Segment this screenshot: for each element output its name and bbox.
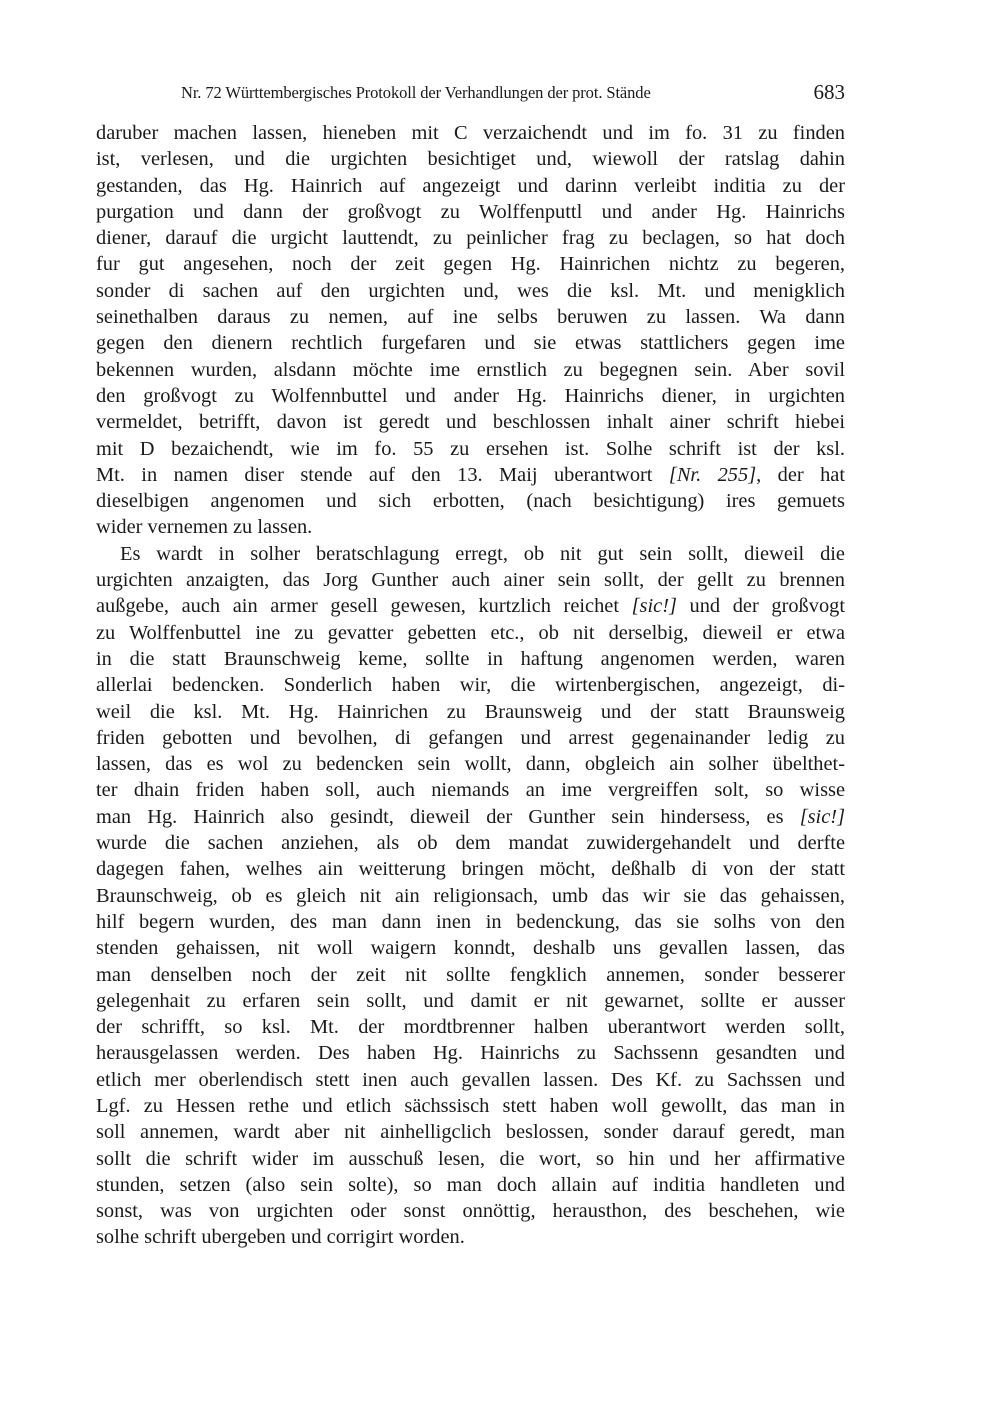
text-segment: man Hg. Hainrich also gesindt, dieweil d… (96, 806, 800, 828)
text-line: mit D bezaichendt, wie im fo. 55 zu erse… (96, 436, 845, 462)
text-line: hilf begern wurden, des man dann inen in… (96, 909, 845, 935)
text-segment: dieselbigen angenomen und sich erbotten,… (96, 490, 845, 512)
text-line: stenden gehaissen, nit woll waigern konn… (96, 935, 845, 961)
body-text: daruber machen lassen, hieneben mit C ve… (96, 120, 845, 1251)
text-segment: hilf begern wurden, des man dann inen in… (96, 911, 845, 933)
text-segment: weil die ksl. Mt. Hg. Hainrichen zu Brau… (96, 701, 845, 723)
text-line: soll annemen, wardt aber nit ainhelligcl… (96, 1119, 845, 1145)
text-segment: in die statt Braunschweig keme, sollte i… (96, 648, 845, 670)
text-segment: der schrifft, so ksl. Mt. der mordtbrenn… (96, 1016, 845, 1038)
text-segment: purgation und dann der großvogt zu Wolff… (96, 201, 845, 223)
text-segment: urgichten anzaigten, das Jorg Gunther au… (96, 569, 845, 591)
text-segment: sonder di sachen auf den urgichten und, … (96, 280, 845, 302)
text-segment: fur gut angesehen, noch der zeit gegen H… (96, 253, 845, 275)
text-segment: allerlai bedencken. Sonderlich haben wir… (96, 674, 845, 696)
text-line: außgebe, auch ain armer gesell gewesen, … (96, 593, 845, 619)
text-line: man denselben noch der zeit nit sollte f… (96, 962, 845, 988)
text-segment: zu Wolffenbuttel ine zu gevatter gebette… (96, 622, 845, 644)
text-segment: Lgf. zu Hessen rethe und etlich sächssis… (96, 1095, 845, 1117)
text-line: gegen den dienern rechtlich furgefaren u… (96, 330, 845, 356)
text-segment: man denselben noch der zeit nit sollte f… (96, 964, 845, 986)
text-line: Braunschweig, ob es gleich nit ain relig… (96, 883, 845, 909)
text-segment: etlich mer oberlendisch stett inen auch … (96, 1069, 845, 1091)
text-segment: Braunschweig, ob es gleich nit ain relig… (96, 885, 845, 907)
text-line: zu Wolffenbuttel ine zu gevatter gebette… (96, 620, 845, 646)
text-line: dagegen fahen, welhes ain weitterung bri… (96, 856, 845, 882)
text-segment: sollt die schrift wider im ausschuß lese… (96, 1148, 845, 1170)
text-line: ter dhain friden haben soll, auch nieman… (96, 777, 845, 803)
text-line: urgichten anzaigten, das Jorg Gunther au… (96, 567, 845, 593)
text-line: den großvogt zu Wolfennbuttel und ander … (96, 383, 845, 409)
text-segment: außgebe, auch ain armer gesell gewesen, … (96, 595, 632, 617)
page-header: Nr. 72 Württembergisches Protokoll der V… (96, 80, 845, 106)
paragraph: Es wardt in solher beratschlagung erregt… (96, 541, 845, 1251)
editorial-note: [Nr. 255] (669, 464, 756, 486)
text-segment: Es wardt in solher beratschlagung erregt… (120, 543, 845, 565)
text-line: seinethalben daraus zu nemen, auf ine se… (96, 304, 845, 330)
text-line: friden gebotten und bevolhen, di gefange… (96, 725, 845, 751)
text-line: gelegenhait zu erfaren sein sollt, und d… (96, 988, 845, 1014)
text-segment: den großvogt zu Wolfennbuttel und ander … (96, 385, 845, 407)
text-segment: dagegen fahen, welhes ain weitterung bri… (96, 858, 845, 880)
text-segment: solhe schrift ubergeben und corrigirt wo… (96, 1226, 465, 1248)
text-segment: gelegenhait zu erfaren sein sollt, und d… (96, 990, 845, 1012)
page-number: 683 (814, 80, 846, 105)
text-line: wider vernemen zu lassen. (96, 514, 845, 540)
text-segment: stunden, setzen (also sein solte), so ma… (96, 1174, 845, 1196)
text-segment: wurde die sachen anziehen, als ob dem ma… (96, 832, 845, 854)
text-line: diener, darauf die urgicht lauttendt, zu… (96, 225, 845, 251)
text-line: man Hg. Hainrich also gesindt, dieweil d… (96, 804, 845, 830)
text-line: weil die ksl. Mt. Hg. Hainrichen zu Brau… (96, 699, 845, 725)
text-segment: wider vernemen zu lassen. (96, 516, 312, 538)
text-line: sonst, was von urgichten oder sonst onnö… (96, 1198, 845, 1224)
text-segment: soll annemen, wardt aber nit ainhelligcl… (96, 1121, 845, 1143)
text-segment: , der hat (756, 464, 845, 486)
text-line: purgation und dann der großvogt zu Wolff… (96, 199, 845, 225)
text-line: ist, verlesen, und die urgichten besicht… (96, 146, 845, 172)
text-segment: mit D bezaichendt, wie im fo. 55 zu erse… (96, 438, 845, 460)
text-line: lassen, das es wol zu bedencken sein wol… (96, 751, 845, 777)
text-line: sollt die schrift wider im ausschuß lese… (96, 1146, 845, 1172)
text-segment: ter dhain friden haben soll, auch nieman… (96, 779, 845, 801)
running-title: Nr. 72 Württembergisches Protokoll der V… (181, 83, 651, 103)
text-segment: gestanden, das Hg. Hainrich auf angezeig… (96, 175, 845, 197)
text-segment: seinethalben daraus zu nemen, auf ine se… (96, 306, 845, 328)
text-segment: Mt. in namen diser stende auf den 13. Ma… (96, 464, 669, 486)
editorial-note: [sic!] (800, 806, 845, 828)
text-line: daruber machen lassen, hieneben mit C ve… (96, 120, 845, 146)
text-line: sonder di sachen auf den urgichten und, … (96, 278, 845, 304)
text-segment: bekennen wurden, alsdann möchte ime erns… (96, 359, 845, 381)
text-segment: daruber machen lassen, hieneben mit C ve… (96, 122, 845, 144)
text-segment: friden gebotten und bevolhen, di gefange… (96, 727, 845, 749)
text-line: gestanden, das Hg. Hainrich auf angezeig… (96, 173, 845, 199)
editorial-note: [sic!] (632, 595, 677, 617)
text-line: Lgf. zu Hessen rethe und etlich sächssis… (96, 1093, 845, 1119)
text-segment: ist, verlesen, und die urgichten besicht… (96, 148, 845, 170)
text-line: stunden, setzen (also sein solte), so ma… (96, 1172, 845, 1198)
paragraph: daruber machen lassen, hieneben mit C ve… (96, 120, 845, 541)
text-segment: stenden gehaissen, nit woll waigern konn… (96, 937, 845, 959)
text-line: Mt. in namen diser stende auf den 13. Ma… (96, 462, 845, 488)
text-line: etlich mer oberlendisch stett inen auch … (96, 1067, 845, 1093)
text-segment: und der großvogt (677, 595, 845, 617)
text-line: fur gut angesehen, noch der zeit gegen H… (96, 251, 845, 277)
text-segment: sonst, was von urgichten oder sonst onnö… (96, 1200, 845, 1222)
text-line: wurde die sachen anziehen, als ob dem ma… (96, 830, 845, 856)
text-segment: vermeldet, betrifft, davon ist geredt un… (96, 411, 845, 433)
text-line: bekennen wurden, alsdann möchte ime erns… (96, 357, 845, 383)
text-line: herausgelassen werden. Des haben Hg. Hai… (96, 1040, 845, 1066)
text-segment: herausgelassen werden. Des haben Hg. Hai… (96, 1042, 845, 1064)
text-segment: gegen den dienern rechtlich furgefaren u… (96, 332, 845, 354)
text-line: solhe schrift ubergeben und corrigirt wo… (96, 1224, 845, 1250)
text-line: dieselbigen angenomen und sich erbotten,… (96, 488, 845, 514)
text-segment: lassen, das es wol zu bedencken sein wol… (96, 753, 845, 775)
text-line: in die statt Braunschweig keme, sollte i… (96, 646, 845, 672)
text-line: allerlai bedencken. Sonderlich haben wir… (96, 672, 845, 698)
text-line: Es wardt in solher beratschlagung erregt… (96, 541, 845, 567)
text-line: der schrifft, so ksl. Mt. der mordtbrenn… (96, 1014, 845, 1040)
text-segment: diener, darauf die urgicht lauttendt, zu… (96, 227, 845, 249)
text-line: vermeldet, betrifft, davon ist geredt un… (96, 409, 845, 435)
